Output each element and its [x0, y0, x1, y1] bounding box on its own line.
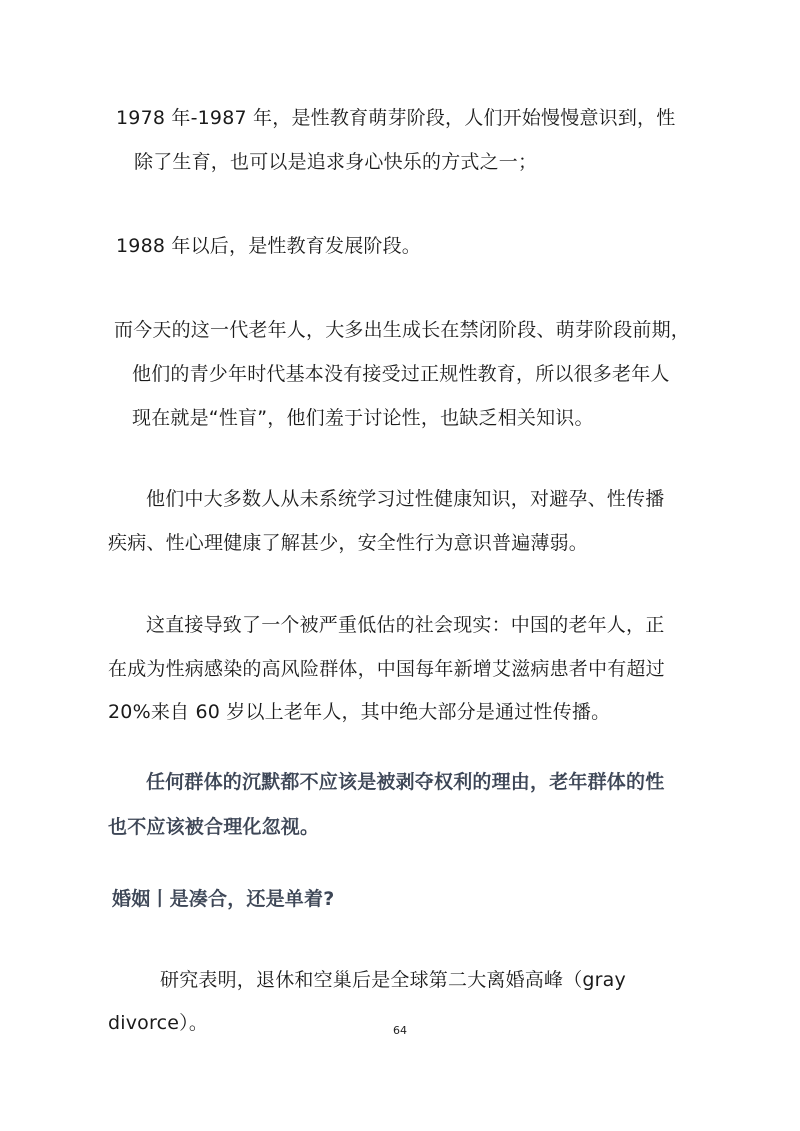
- paragraph-reality-line-2: 在成为性病感染的高风险群体，中国每年新增艾滋病患者中有超过: [108, 657, 665, 681]
- paragraph-stage-1978-line-1: 1978 年-1987 年，是性教育萌芽阶段，人们开始慢慢意识到，性: [116, 106, 675, 130]
- paragraph-knowledge-line-2: 疾病、性心理健康了解甚少，安全性行为意识普遍薄弱。: [108, 531, 588, 555]
- paragraph-elderly-line-2: 他们的青少年时代基本没有接受过正规性教育，所以很多老年人: [132, 362, 670, 386]
- emphasis-line-1: 任何群体的沉默都不应该是被剥夺权利的理由，老年群体的性: [146, 770, 664, 794]
- paragraph-reality-line-1: 这直接导致了一个被严重低估的社会现实：中国的老年人，正: [146, 613, 664, 637]
- section-heading: 婚姻丨是凑合，还是单着?: [112, 887, 334, 911]
- page-number: 64: [0, 1024, 800, 1037]
- emphasis-line-2: 也不应该被合理化忽视。: [108, 815, 319, 839]
- paragraph-reality-line-3: 20%来自 60 岁以上老年人，其中绝大部分是通过性传播。: [108, 700, 610, 724]
- paragraph-elderly-line-1: 而今天的这一代老年人，大多出生成长在禁闭阶段、萌芽阶段前期，: [114, 318, 690, 342]
- paragraph-elderly-line-3: 现在就是“性盲”，他们羞于讨论性，也缺乏相关知识。: [132, 406, 594, 430]
- paragraph-divorce-line-1: 研究表明，退休和空巢后是全球第二大离婚高峰（gray: [160, 968, 626, 992]
- paragraph-knowledge-line-1: 他们中大多数人从未系统学习过性健康知识，对避孕、性传播: [146, 487, 664, 511]
- paragraph-stage-1978-line-2: 除了生育，也可以是追求身心快乐的方式之一；: [134, 150, 537, 174]
- paragraph-stage-1988: 1988 年以后，是性教育发展阶段。: [116, 234, 421, 258]
